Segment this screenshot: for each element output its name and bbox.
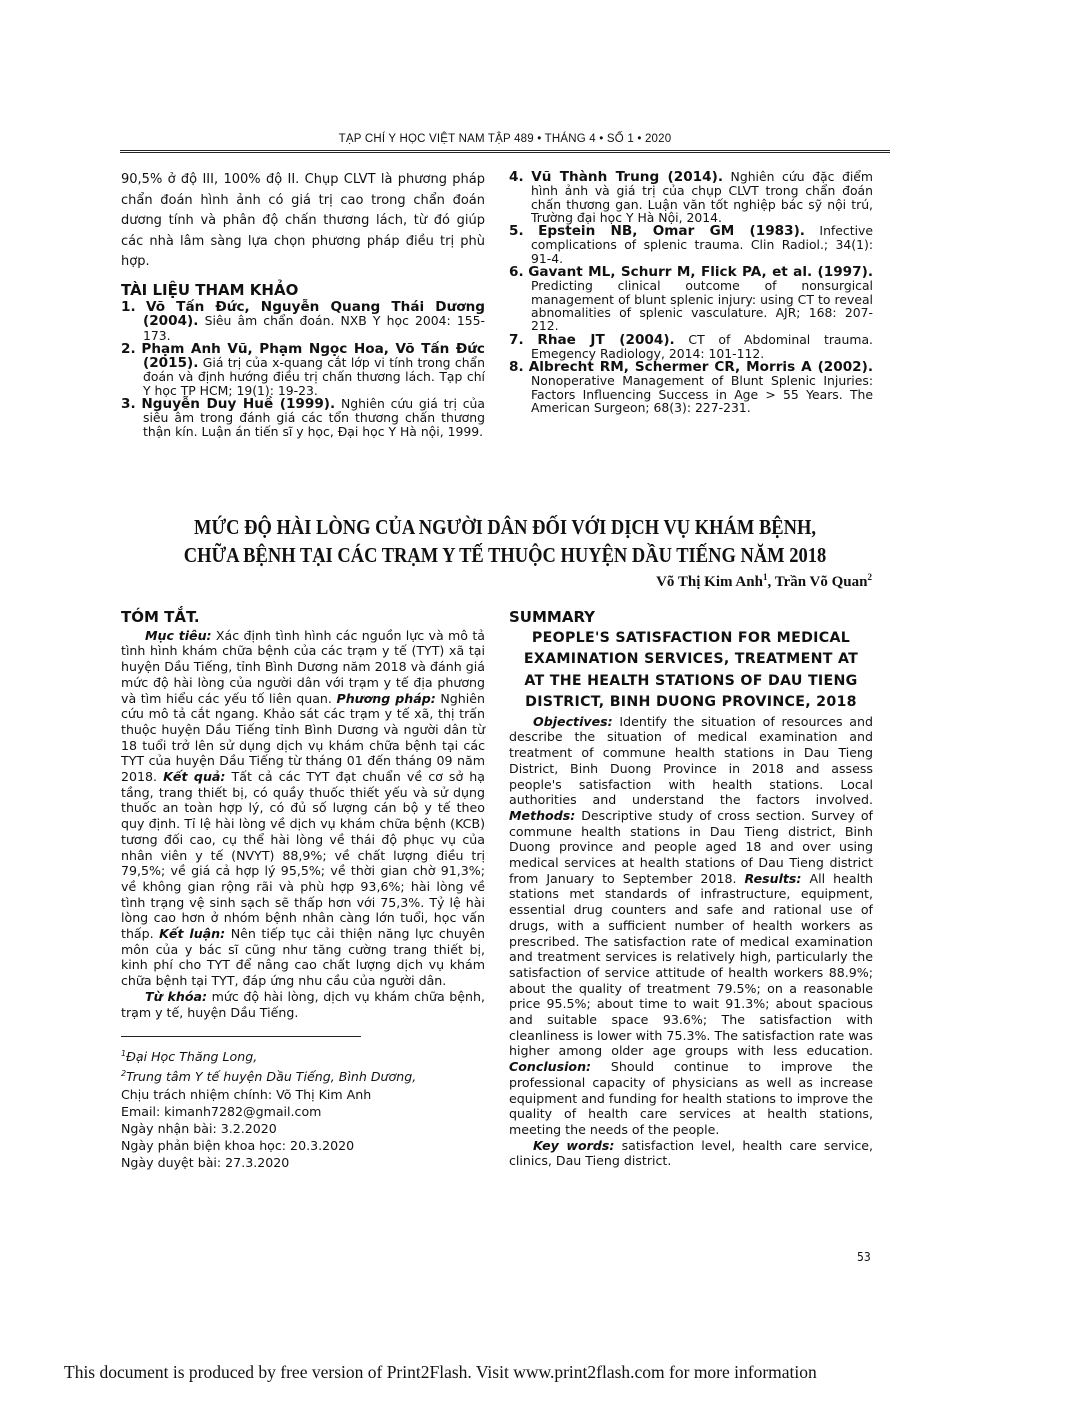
affiliation-2: 2Trung tâm Y tế huyện Dầu Tiếng, Bình Dư… bbox=[121, 1065, 485, 1085]
article-title-line-2: CHỮA BỆNH TẠI CÁC TRẠM Y TẾ THUỘC HUYỆN … bbox=[174, 541, 836, 569]
prev-article-right-column: 4. Vũ Thành Trung (2014). Nghiên cứu đặc… bbox=[509, 170, 873, 414]
date-reviewed: Ngày phản biện khoa học: 20.3.2020 bbox=[121, 1137, 485, 1154]
summary-heading: SUMMARY bbox=[509, 610, 873, 626]
reference-item: 6. Gavant ML, Schurr M, Flick PA, et al.… bbox=[509, 265, 873, 332]
date-received: Ngày nhận bài: 3.2.2020 bbox=[121, 1120, 485, 1137]
reference-item: 1. Võ Tấn Đức, Nguyễn Quang Thái Dương (… bbox=[121, 300, 485, 342]
abstract-english: SUMMARY PEOPLE'S SATISFACTION FOR MEDICA… bbox=[509, 610, 873, 1169]
keywords-vi: Từ khóa: mức độ hài lòng, dịch vụ khám c… bbox=[121, 989, 485, 1020]
reference-item: 2. Phạm Anh Vũ, Phạm Ngọc Hoa, Võ Tấn Đứ… bbox=[121, 342, 485, 397]
abstract-body: Mục tiêu: Xác định tình hình các nguồn l… bbox=[121, 628, 485, 989]
contact-email: Email: kimanh7282@gmail.com bbox=[121, 1103, 485, 1120]
summary-title: PEOPLE'S SATISFACTION FOR MEDICAL EXAMIN… bbox=[509, 628, 873, 714]
author-2: Trần Võ Quan bbox=[775, 574, 868, 590]
abstract-vietnamese: TÓM TẮT. Mục tiêu: Xác định tình hình cá… bbox=[121, 610, 485, 1171]
print2flash-watermark: This document is produced by free versio… bbox=[64, 1362, 817, 1383]
date-accepted: Ngày duyệt bài: 27.3.2020 bbox=[121, 1154, 485, 1171]
article-title-line-1: MỨC ĐỘ HÀI LÒNG CỦA NGƯỜI DÂN ĐỐI VỚI DỊ… bbox=[174, 513, 836, 541]
article-authors: Võ Thị Kim Anh1, Trần Võ Quan2 bbox=[656, 572, 872, 591]
journal-header: TẠP CHÍ Y HỌC VIỆT NAM TẬP 489 • THÁNG 4… bbox=[120, 133, 890, 145]
author-1: Võ Thị Kim Anh bbox=[656, 574, 763, 590]
abstract-heading: TÓM TẮT. bbox=[121, 610, 485, 626]
references-heading: TÀI LIỆU THAM KHẢO bbox=[121, 283, 485, 299]
reference-item: 8. Albrecht RM, Schermer CR, Morris A (2… bbox=[509, 360, 873, 414]
reference-item: 4. Vũ Thành Trung (2014). Nghiên cứu đặc… bbox=[509, 170, 873, 224]
page-number: 53 bbox=[857, 1250, 871, 1264]
header-divider bbox=[120, 150, 890, 153]
reference-item: 5. Epstein NB, Omar GM (1983). Infective… bbox=[509, 224, 873, 265]
responsible-author: Chịu trách nhiệm chính: Võ Thị Kim Anh bbox=[121, 1086, 485, 1103]
summary-body: Objectives: Identify the situation of re… bbox=[509, 714, 873, 1138]
prev-conclusion-text: 90,5% ở độ III, 100% độ II. Chụp CLVT là… bbox=[121, 170, 485, 273]
reference-item: 3. Nguyễn Duy Huề (1999). Nghiên cứu giá… bbox=[121, 397, 485, 438]
footnotes: 1Đại Học Thăng Long, 2Trung tâm Y tế huy… bbox=[121, 1045, 485, 1170]
affiliation-1: 1Đại Học Thăng Long, bbox=[121, 1045, 485, 1065]
footnote-divider bbox=[121, 1036, 361, 1037]
keywords-en: Key words: satisfaction level, health ca… bbox=[509, 1138, 873, 1169]
prev-article-left-column: 90,5% ở độ III, 100% độ II. Chụp CLVT là… bbox=[121, 170, 485, 438]
reference-item: 7. Rhae JT (2004). CT of Abdominal traum… bbox=[509, 333, 873, 361]
article-title: MỨC ĐỘ HÀI LÒNG CỦA NGƯỜI DÂN ĐỐI VỚI DỊ… bbox=[174, 513, 836, 569]
